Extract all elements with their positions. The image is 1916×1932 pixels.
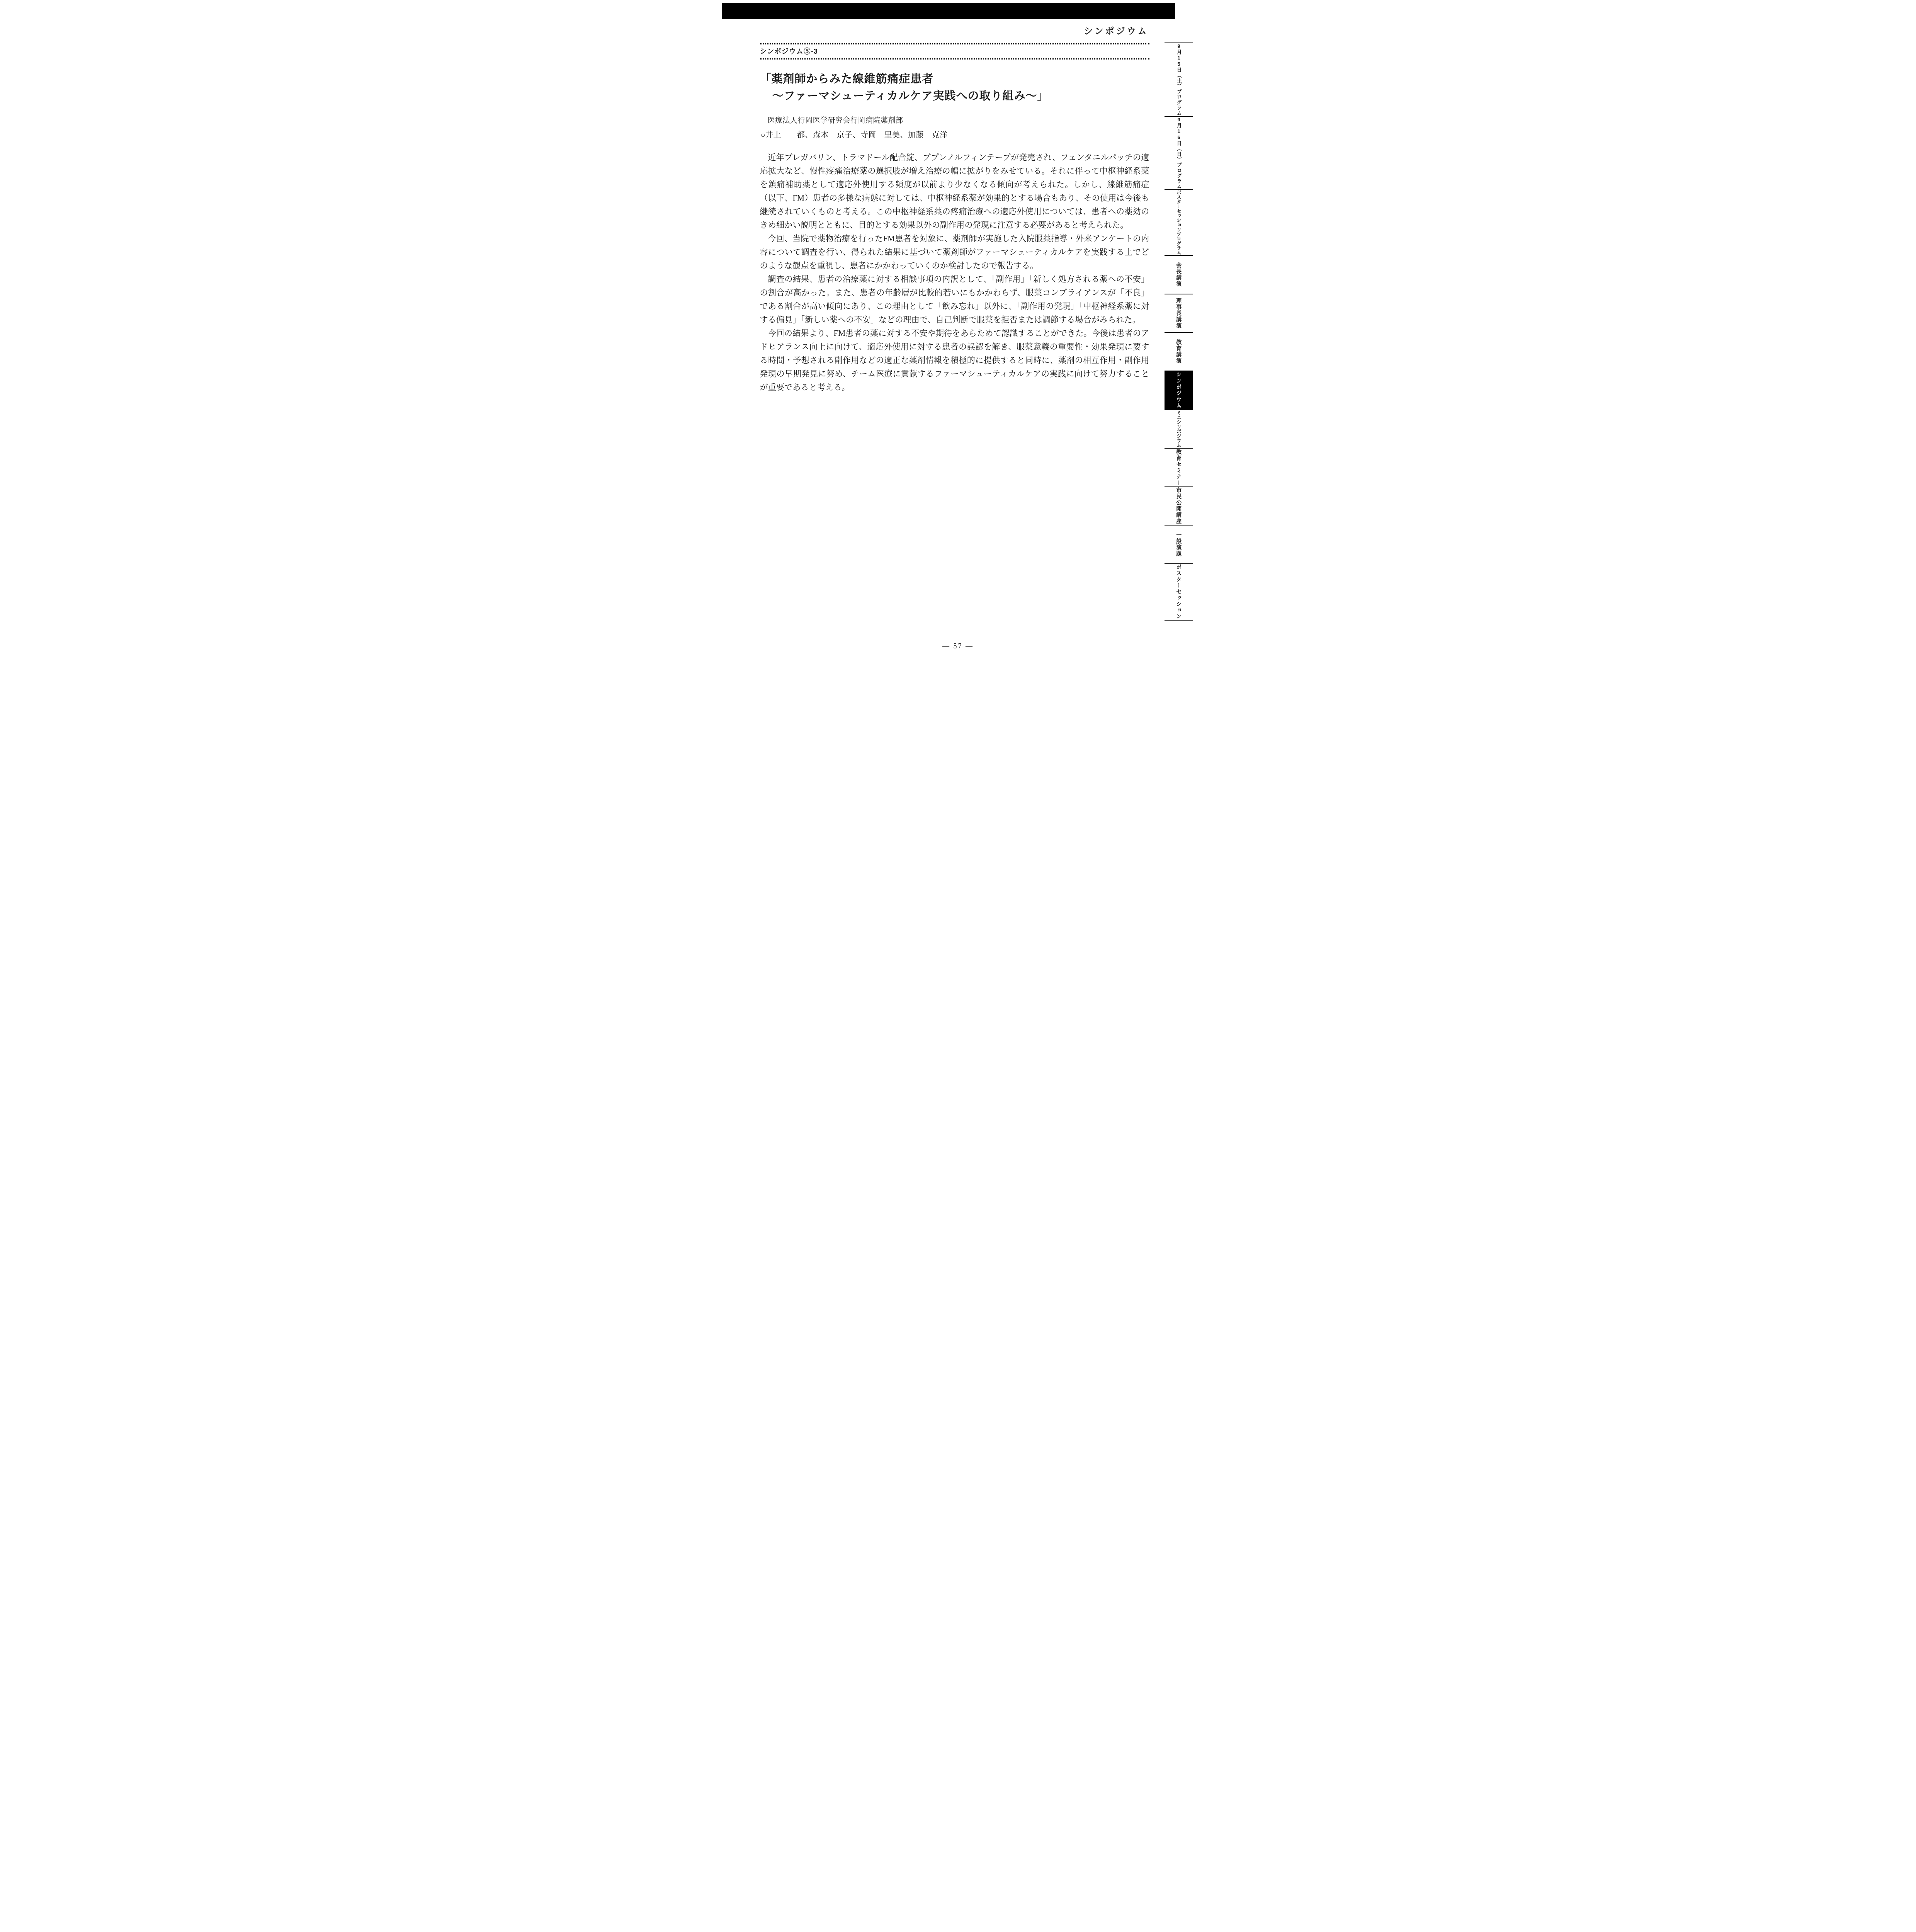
tab-label: 市民公開講座: [1176, 487, 1182, 524]
tab-label: 9月15日（土）: [1176, 43, 1181, 89]
sidebar-tab-program-sep15: 9月15日（土） プログラム: [1165, 43, 1193, 116]
affiliation: 医療法人行岡医学研究会行岡病院薬剤部: [768, 115, 1149, 125]
tab-sublabel: セッション: [1176, 589, 1182, 620]
paragraph-4: 今回の結果より、FM患者の薬に対する不安や期待をあらためて認識することができた。…: [760, 327, 1149, 394]
abstract-title-line2: ～ファーマシューティカルケア実践への取り組み～」: [772, 88, 1149, 105]
tab-label: 会長講演: [1176, 262, 1182, 287]
abstract-body: 近年プレガバリン、トラマドール配合錠、ブプレノルフィンテープが発売され、フェンタ…: [760, 151, 1149, 394]
sidebar-tab-public-lecture: 市民公開講座: [1165, 486, 1193, 525]
sidebar-tab-poster-session: ポスター セッション: [1165, 563, 1193, 620]
sidebar-tab-mini-symposium: ミニシンポジウム: [1165, 409, 1193, 448]
tab-label: 一般演題: [1176, 532, 1182, 557]
edge-index-tabs: 9月15日（土） プログラム 9月16日（日） プログラム ポスターセッション …: [1165, 43, 1193, 621]
page-number: — 57 —: [719, 642, 1198, 650]
sidebar-tab-education-lecture: 教育講演: [1165, 332, 1193, 371]
tab-label: 理事長講演: [1176, 298, 1182, 329]
sidebar-tab-symposium-active: シンポジウム: [1165, 371, 1193, 409]
sidebar-tab-president-lecture: 会長講演: [1165, 255, 1193, 294]
tab-label: 9月16日（日）: [1176, 117, 1181, 162]
paragraph-1: 近年プレガバリン、トラマドール配合錠、ブプレノルフィンテープが発売され、フェンタ…: [760, 151, 1149, 232]
sidebar-tab-program-sep16: 9月16日（日） プログラム: [1165, 116, 1193, 189]
abstract-title: 「薬剤師からみた線維筋痛症患者 ～ファーマシューティカルケア実践への取り組み～」: [760, 71, 1149, 105]
tab-label: ポスターセッション: [1176, 190, 1181, 232]
sidebar-tab-education-seminar: 教育セミナー: [1165, 448, 1193, 486]
paragraph-2: 今回、当院で薬物治療を行ったFM患者を対象に、薬剤師が実施した入院服薬指導・外来…: [760, 232, 1149, 272]
tab-sublabel: プログラム: [1176, 232, 1181, 255]
tab-label: 教育講演: [1176, 339, 1182, 364]
tab-label: ポスター: [1176, 564, 1182, 589]
page-header-section-title: シンポジウム: [1084, 24, 1148, 37]
abstract-content: シンポジウム⑤-3 「薬剤師からみた線維筋痛症患者 ～ファーマシューティカルケア…: [760, 43, 1149, 394]
abstract-title-line1: 「薬剤師からみた線維筋痛症患者: [760, 73, 934, 85]
tab-label: シンポジウム: [1176, 372, 1182, 409]
top-black-bar: [722, 3, 1175, 19]
scanned-abstract-page: シンポジウム シンポジウム⑤-3 「薬剤師からみた線維筋痛症患者 ～ファーマシュ…: [719, 0, 1198, 678]
paragraph-3: 調査の結果、患者の治療薬に対する相談事項の内訳として、「副作用」「新しく処方され…: [760, 272, 1149, 327]
tab-label: ミニシンポジウム: [1176, 410, 1181, 447]
tab-sublabel: プログラム: [1176, 162, 1181, 189]
tab-sublabel: プログラム: [1176, 89, 1181, 116]
author-list: ○井上 都、森本 京子、寺岡 里美、加藤 克洋: [761, 129, 1149, 140]
session-label-rule: シンポジウム⑤-3: [760, 43, 1149, 60]
sidebar-tab-general-presentation: 一般演題: [1165, 525, 1193, 563]
sidebar-tab-chairman-lecture: 理事長講演: [1165, 294, 1193, 332]
session-label: シンポジウム⑤-3: [760, 46, 1149, 56]
sidebar-tab-poster-program: ポスターセッション プログラム: [1165, 189, 1193, 255]
tab-label: 教育セミナー: [1176, 449, 1182, 486]
